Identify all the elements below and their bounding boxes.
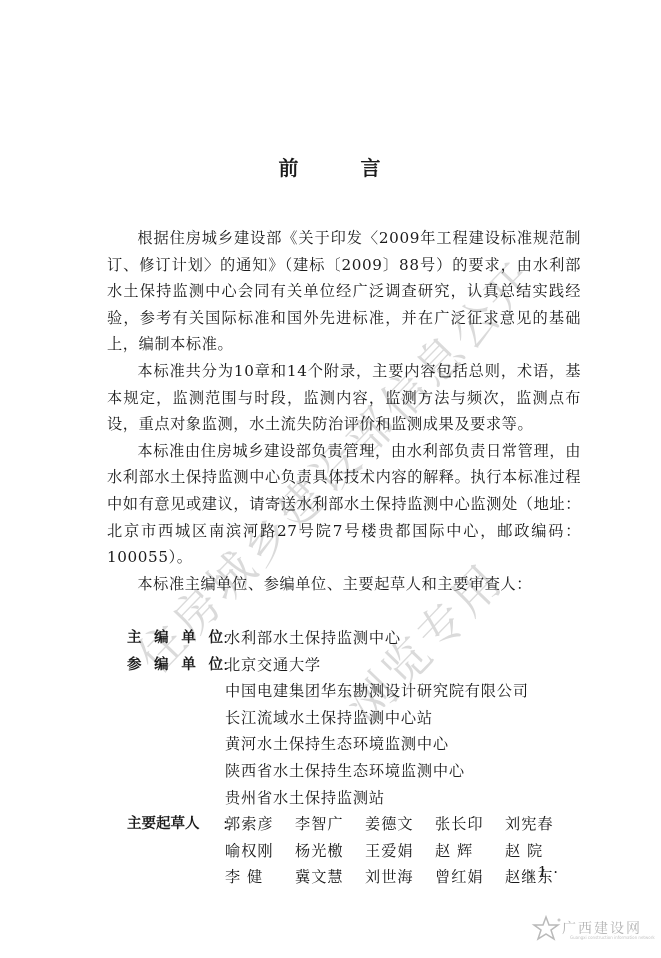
drafters-names: 郭索彦 李智广 姜德文 张长印 刘宪春 喻权刚 杨光檄 王爱娟 赵 辉 赵 院 … — [225, 811, 575, 891]
drafter-name: 赵 院 — [505, 838, 575, 865]
drafter-name: 曾红娟 — [435, 864, 505, 891]
drafter-name: 李智广 — [295, 811, 365, 838]
drafter-name: 刘宪春 — [505, 811, 575, 838]
unit-name: 黄河水土保持生态环境监测中心 — [225, 731, 529, 758]
site-logo: 广西建设网 Guangxi construction information n… — [530, 915, 642, 941]
star-logo-icon — [530, 915, 562, 941]
drafter-name: 姜德文 — [365, 811, 435, 838]
drafter-name: 赵 辉 — [435, 838, 505, 865]
participating-units-row: 参 编 单 位 : 北京交通大学 中国电建集团华东勘测设计研究院有限公司 长江流… — [127, 652, 575, 812]
unit-name: 中国电建集团华东勘测设计研究院有限公司 — [225, 678, 529, 705]
drafter-name: 王爱娟 — [365, 838, 435, 865]
title-char-1: 前 — [279, 152, 301, 181]
chief-unit-label: 主 编 单 位 — [127, 625, 223, 652]
paragraph-1: 根据住房城乡建设部《关于印发〈2009年工程建设标准规范制订、修订计划〉的通知》… — [107, 225, 581, 358]
preface-body: 根据住房城乡建设部《关于印发〈2009年工程建设标准规范制订、修订计划〉的通知》… — [107, 225, 581, 597]
participating-units-values: 北京交通大学 中国电建集团华东勘测设计研究院有限公司 长江流域水土保持监测中心站… — [225, 652, 529, 812]
chief-unit-row: 主 编 单 位 : 水利部水土保持监测中心 — [127, 625, 575, 652]
drafter-name: 郭索彦 — [225, 811, 295, 838]
title-char-2: 言 — [361, 152, 383, 181]
main-drafters-row: 主要起草人 : 郭索彦 李智广 姜德文 张长印 刘宪春 喻权刚 杨光檄 王爱娟 … — [127, 811, 575, 891]
drafter-name: 杨光檄 — [295, 838, 365, 865]
paragraph-4: 本标准主编单位、参编单位、主要起草人和主要审查人： — [107, 571, 581, 598]
unit-name: 北京交通大学 — [225, 652, 529, 679]
drafter-name: 喻权刚 — [225, 838, 295, 865]
document-page: 住房城乡建设部信息公开 浏览专用 前言 根据住房城乡建设部《关于印发〈2009年… — [0, 0, 661, 958]
unit-name: 陕西省水土保持生态环境监测中心 — [225, 758, 529, 785]
page-title: 前言 — [0, 152, 661, 181]
paragraph-3: 本标准由住房城乡建设部负责管理，由水利部负责日常管理，由水利部水土保持监测中心负… — [107, 438, 581, 571]
drafter-name: 张长印 — [435, 811, 505, 838]
main-drafters-label: 主要起草人 — [127, 811, 223, 891]
drafter-name: 刘世海 — [365, 864, 435, 891]
unit-name: 长江流域水土保持监测中心站 — [225, 705, 529, 732]
drafter-name: 冀文慧 — [295, 864, 365, 891]
unit-name: 贵州省水土保持监测站 — [225, 785, 529, 812]
participating-units-label: 参 编 单 位 — [127, 652, 223, 812]
logo-subtext: Guangxi construction information network — [570, 935, 655, 940]
chief-unit-values: 水利部水土保持监测中心 — [225, 625, 401, 652]
drafter-name: 李 健 — [225, 864, 295, 891]
unit-name: 水利部水土保持监测中心 — [225, 625, 401, 652]
page-number: ·1· — [527, 863, 564, 881]
contributors-section: 主 编 单 位 : 水利部水土保持监测中心 参 编 单 位 : 北京交通大学 中… — [127, 625, 575, 891]
paragraph-2: 本标准共分为10章和14个附录，主要内容包括总则，术语，基本规定，监测范围与时段… — [107, 358, 581, 438]
